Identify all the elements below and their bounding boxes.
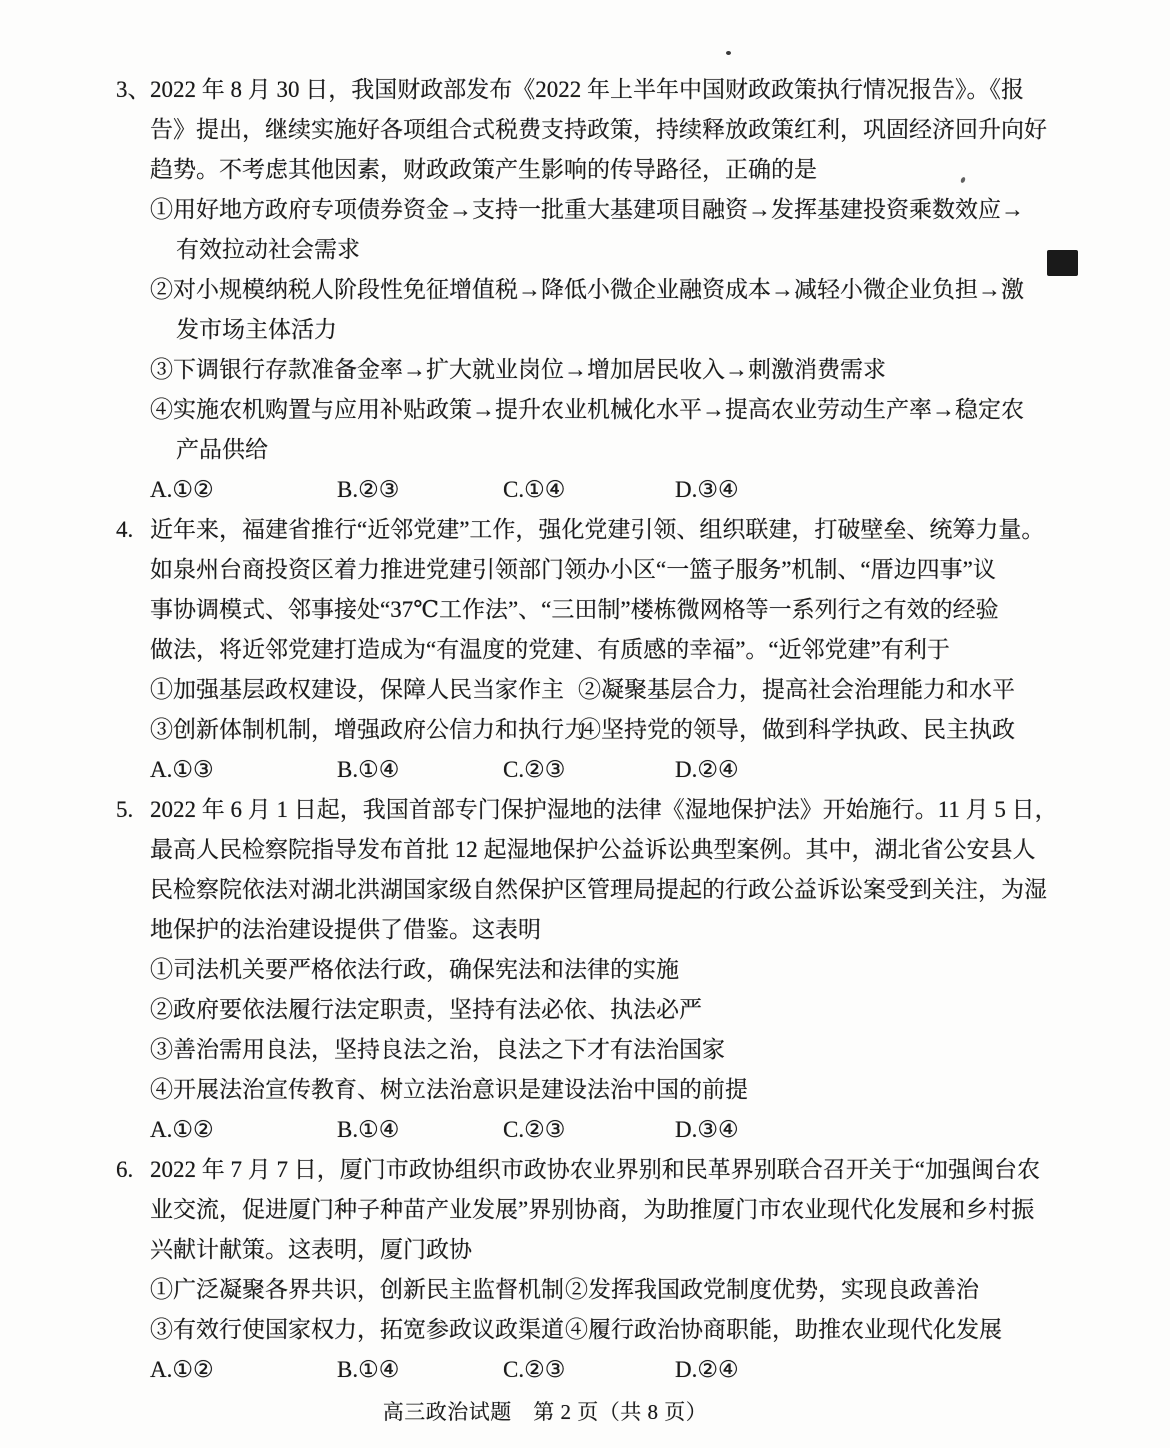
stem-line: 如泉州台商投资区着力推进党建引领部门领办小区“一篮子服务”机制、“厝边四事”议 (150, 550, 1030, 590)
choice-a: A.①② (150, 470, 337, 510)
option-item-row: ③创新体制机制，增强政府公信力和执行力 ④坚持党的领导，做到科学执政、民主执政 (150, 710, 1030, 750)
scan-artifact-dot (726, 51, 731, 55)
choice-b: B.①④ (337, 1350, 503, 1390)
option-item-1: ①加强基层政权建设，保障人民当家作主 (150, 670, 578, 710)
exam-page: 3、 2022 年 8 月 30 日，我国财政部发布《2022 年上半年中国财政… (0, 0, 1170, 1448)
stem-line: 民检察院依法对湖北洪湖国家级自然保护区管理局提起的行政公益诉讼案受到关注，为湿 (150, 870, 1030, 910)
question-6: 6. 2022 年 7 月 7 日，厦门市政协组织市政协农业界别和民革界别联合召… (150, 1150, 1030, 1390)
choice-c: C.②③ (503, 1350, 675, 1390)
option-item-4-wrap: 产品供给 (150, 430, 1030, 470)
choice-c: C.①④ (503, 470, 675, 510)
stem-line: 趋势。不考虑其他因素，财政政策产生影响的传导路径，正确的是 (150, 150, 1030, 190)
option-item-row: ③有效行使国家权力，拓宽参政议政渠道 ④履行政治协商职能，助推农业现代化发展 (150, 1310, 1030, 1350)
question-number: 5. (116, 790, 133, 830)
question-4: 4. 近年来，福建省推行“近邻党建”工作，强化党建引领、组织联建，打破壁垒、统筹… (150, 510, 1030, 790)
option-item-4: ④实施农机购置与应用补贴政策→提升农业机械化水平→提高农业劳动生产率→稳定农 (150, 390, 1030, 430)
option-item-2: ②政府要依法履行法定职责，坚持有法必依、执法必严 (150, 990, 1030, 1030)
question-number: 6. (116, 1150, 133, 1190)
option-item-2: ②对小规模纳税人阶段性免征增值税→降低小微企业融资成本→减轻小微企业负担→激 (150, 270, 1030, 310)
option-item-4: ④坚持党的领导，做到科学执政、民主执政 (578, 710, 1015, 750)
choice-d: D.③④ (675, 1110, 1030, 1150)
choice-a: A.①② (150, 1110, 337, 1150)
option-item-2: ②发挥我国政党制度优势，实现良政善治 (565, 1270, 979, 1310)
option-item-2-wrap: 发市场主体活力 (150, 310, 1030, 350)
question-5: 5. 2022 年 6 月 1 日起，我国首部专门保护湿地的法律《湿地保护法》开… (150, 790, 1030, 1150)
stem-line: 2022 年 7 月 7 日，厦门市政协组织市政协农业界别和民革界别联合召开关于… (150, 1150, 1030, 1190)
page-footer: 高三政治试题 第 2 页（共 8 页） (0, 1396, 1130, 1426)
stem-line: 事协调模式、邻事接处“37℃工作法”、“三田制”楼栋微网格等一系列行之有效的经验 (150, 590, 1030, 630)
answer-choices: A.①② B.②③ C.①④ D.③④ (150, 470, 1030, 510)
choice-d: D.②④ (675, 1350, 1030, 1390)
option-item-3: ③善治需用良法，坚持良法之治，良法之下才有法治国家 (150, 1030, 1030, 1070)
option-item-row: ①加强基层政权建设，保障人民当家作主 ②凝聚基层合力，提高社会治理能力和水平 (150, 670, 1030, 710)
option-item-3: ③有效行使国家权力，拓宽参政议政渠道 (150, 1310, 565, 1350)
choice-d: D.②④ (675, 750, 1030, 790)
choice-d: D.③④ (675, 470, 1030, 510)
stem-line: 2022 年 8 月 30 日，我国财政部发布《2022 年上半年中国财政政策执… (150, 70, 1030, 110)
stem-line: 兴献计献策。这表明，厦门政协 (150, 1230, 1030, 1270)
stem-line: 最高人民检察院指导发布首批 12 起湿地保护公益诉讼典型案例。其中，湖北省公安县… (150, 830, 1030, 870)
stem-line: 告》提出，继续实施好各项组合式税费支持政策，持续释放政策红利，巩固经济回升向好 (150, 110, 1030, 150)
choice-b: B.②③ (337, 470, 503, 510)
choice-b: B.①④ (337, 750, 503, 790)
stem-line: 业交流，促进厦门种子种苗产业发展”界别协商，为助推厦门市农业现代化发展和乡村振 (150, 1190, 1030, 1230)
option-item-1: ①司法机关要严格依法行政，确保宪法和法律的实施 (150, 950, 1030, 990)
answer-choices: A.①② B.①④ C.②③ D.②④ (150, 1350, 1030, 1390)
choice-a: A.①② (150, 1350, 337, 1390)
option-item-1: ①广泛凝聚各界共识，创新民主监督机制 (150, 1270, 565, 1310)
stem-line: 2022 年 6 月 1 日起，我国首部专门保护湿地的法律《湿地保护法》开始施行… (150, 790, 1030, 830)
choice-c: C.②③ (503, 750, 675, 790)
answer-choices: A.①③ B.①④ C.②③ D.②④ (150, 750, 1030, 790)
question-number: 4. (116, 510, 133, 550)
answer-choices: A.①② B.①④ C.②③ D.③④ (150, 1110, 1030, 1150)
option-item-3: ③下调银行存款准备金率→扩大就业岗位→增加居民收入→刺激消费需求 (150, 350, 1030, 390)
option-item-2: ②凝聚基层合力，提高社会治理能力和水平 (578, 670, 1015, 710)
choice-a: A.①③ (150, 750, 337, 790)
question-number: 3、 (116, 70, 151, 110)
option-item-3: ③创新体制机制，增强政府公信力和执行力 (150, 710, 578, 750)
stem-line: 做法，将近邻党建打造成为“有温度的党建、有质感的幸福”。“近邻党建”有利于 (150, 630, 1030, 670)
option-item-1: ①用好地方政府专项债券资金→支持一批重大基建项目融资→发挥基建投资乘数效应→ (150, 190, 1030, 230)
stem-line: 地保护的法治建设提供了借鉴。这表明 (150, 910, 1030, 950)
choice-b: B.①④ (337, 1110, 503, 1150)
exam-content: 3、 2022 年 8 月 30 日，我国财政部发布《2022 年上半年中国财政… (150, 70, 1030, 1390)
stem-line: 近年来，福建省推行“近邻党建”工作，强化党建引领、组织联建，打破壁垒、统筹力量。 (150, 510, 1030, 550)
option-item-1-wrap: 有效拉动社会需求 (150, 230, 1030, 270)
option-item-4: ④开展法治宣传教育、树立法治意识是建设法治中国的前提 (150, 1070, 1030, 1110)
question-3: 3、 2022 年 8 月 30 日，我国财政部发布《2022 年上半年中国财政… (150, 70, 1030, 510)
registration-mark (1047, 250, 1078, 276)
choice-c: C.②③ (503, 1110, 675, 1150)
option-item-row: ①广泛凝聚各界共识，创新民主监督机制 ②发挥我国政党制度优势，实现良政善治 (150, 1270, 1030, 1310)
option-item-4: ④履行政治协商职能，助推农业现代化发展 (565, 1310, 1002, 1350)
